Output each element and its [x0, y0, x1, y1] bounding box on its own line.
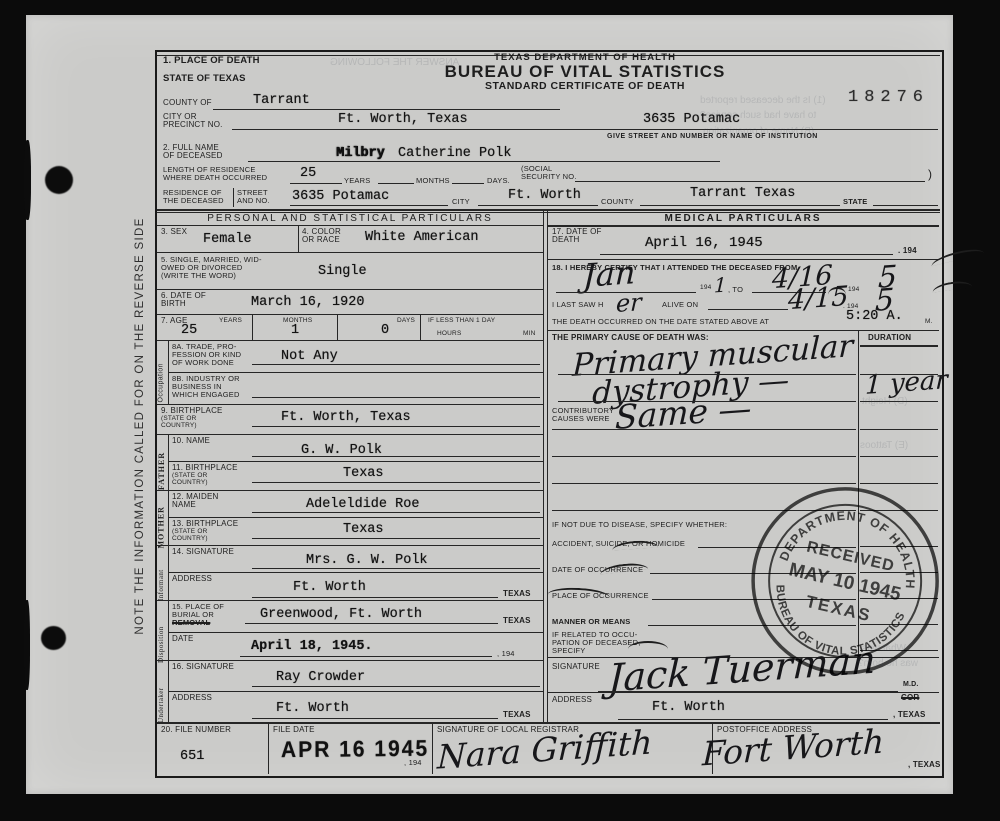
divider: [432, 722, 433, 774]
rule: [378, 183, 414, 184]
rule: [252, 718, 498, 719]
rule: [860, 483, 938, 484]
rule: [157, 490, 543, 491]
bleed-text: was he born?: [858, 658, 918, 669]
rule: [252, 538, 540, 539]
father-bp-label3: COUNTRY): [172, 480, 208, 487]
birthplace-value: Ft. Worth, Texas: [281, 411, 411, 425]
rule: [245, 623, 498, 624]
trade-value: Not Any: [281, 350, 338, 364]
rule: [252, 482, 540, 483]
maiden-label2: NAME: [172, 501, 196, 509]
rule: [558, 374, 856, 375]
divider: [420, 314, 421, 340]
mother-bp-label3: COUNTRY): [172, 536, 208, 543]
contributory-handwritten: Same —: [615, 391, 752, 434]
rule: [252, 364, 540, 365]
rule: [860, 429, 938, 430]
rule: [640, 205, 840, 206]
res-state-label: STATE: [843, 198, 867, 206]
rule: [252, 456, 540, 457]
rule: [860, 345, 938, 347]
length-residence-label2: WHERE DEATH OCCURRED: [163, 174, 267, 182]
rule: [252, 426, 540, 427]
physician-addr-label: ADDRESS: [552, 696, 592, 704]
duration-label: DURATION: [868, 334, 911, 342]
divider: [233, 188, 234, 207]
rule: [168, 461, 543, 462]
res-street-value: 3635 Potamac: [292, 190, 389, 204]
divider: [252, 314, 253, 340]
bleed-text: (D) Height: [862, 396, 908, 407]
place-of-death-label: 1. PLACE OF DEATH: [163, 56, 260, 66]
attended-to-year: 194: [848, 287, 859, 294]
age-min-label: MIN: [523, 331, 536, 338]
years-label: YEARS: [344, 177, 370, 185]
not-disease-label: IF NOT DUE TO DISEASE, SPECIFY WHETHER:: [552, 521, 727, 529]
rule: [157, 252, 543, 253]
informant-addr-value: Ft. Worth: [293, 581, 366, 595]
undertaker-side-label: Undertaker: [157, 661, 165, 723]
date-of-death-suffix: . 194: [898, 247, 917, 255]
file-date-label: FILE DATE: [273, 726, 315, 734]
rule: [708, 309, 788, 310]
color-value: White American: [365, 231, 478, 245]
rule: [290, 183, 342, 184]
birthplace-label3: COUNTRY): [161, 423, 197, 430]
rule: [157, 314, 543, 315]
burial-value: Greenwood, Ft. Worth: [260, 608, 422, 622]
burial-date-suffix: , 194: [497, 650, 515, 658]
personal-column-title: PERSONAL AND STATISTICAL PARTICULARS: [157, 214, 543, 225]
rule: [547, 330, 939, 331]
city-value: Ft. Worth, Texas: [338, 113, 468, 127]
physician-addr-value: Ft. Worth: [652, 701, 725, 715]
mother-side-label: MOTHER: [157, 489, 166, 549]
undertaker-sig-value: Ray Crowder: [276, 671, 365, 685]
death-time-value: 5:20 A.: [846, 310, 903, 324]
industry-label3: WHICH ENGAGED: [172, 391, 240, 399]
rule: [873, 205, 938, 206]
po-address-state: , TEXAS: [908, 761, 941, 769]
rule: [248, 161, 720, 162]
informant-addr-state: TEXAS: [503, 590, 531, 598]
physician-addr-state: , TEXAS: [893, 711, 926, 719]
rule: [157, 722, 940, 724]
informant-sig-label: 14. SIGNATURE: [172, 548, 234, 556]
age-less-label: IF LESS THAN 1 DAY: [428, 318, 495, 325]
rule: [252, 397, 540, 398]
rule: [157, 600, 543, 601]
fullname-label2: OF DECEASED: [163, 152, 223, 160]
date-of-death-label2: DEATH: [552, 236, 580, 244]
death-time-m: M.: [925, 319, 933, 326]
to-label: , TO: [728, 286, 743, 294]
dob-value: March 16, 1920: [251, 296, 364, 310]
rule: [157, 404, 543, 405]
age-months-value: 1: [291, 324, 299, 338]
attended-from-year-handwritten: 1: [714, 275, 727, 296]
divider: [268, 722, 269, 774]
res-city-value: Ft. Worth: [508, 189, 581, 203]
age-days-label: DAYS: [397, 318, 415, 325]
sex-value: Female: [203, 233, 252, 247]
father-side-label: FATHER: [157, 435, 166, 490]
rule: [157, 545, 543, 546]
informant-side-label: Informant: [157, 545, 165, 601]
divider: [298, 226, 299, 252]
street-no-label2: AND NO.: [237, 197, 270, 205]
rule: [157, 209, 940, 211]
father-bp-value: Texas: [343, 467, 384, 481]
last-saw-date-handwritten: 4/15: [788, 283, 849, 314]
contributory-label2: CAUSES WERE: [552, 415, 610, 423]
physician-sig-label: SIGNATURE: [552, 663, 600, 671]
rule: [252, 512, 540, 513]
res-county-value: Tarrant Texas: [690, 187, 795, 201]
related-label3: SPECIFY: [552, 647, 586, 655]
precinct-no-label: PRECINCT NO.: [163, 121, 223, 129]
side-strip: [168, 434, 169, 722]
days-label: DAYS.: [487, 177, 510, 185]
scanned-death-certificate: NOTE THE INFORMATION CALLED FOR ON THE R…: [0, 0, 1000, 821]
rule: [168, 372, 543, 373]
rule: [157, 225, 543, 226]
rule: [168, 517, 543, 518]
undertaker-addr-value: Ft. Worth: [276, 702, 349, 716]
rule: [452, 183, 484, 184]
certificate-number: 18276: [848, 88, 929, 107]
undertaker-addr-state: TEXAS: [503, 711, 531, 719]
ssn-label2: SECURITY NO.: [521, 173, 577, 181]
attended-from-year: 194: [700, 285, 711, 292]
informant-sig-value: Mrs. G. W. Polk: [306, 554, 428, 568]
manner-means-label: MANNER OR MEANS: [552, 618, 630, 626]
rule: [168, 572, 543, 573]
rule: [157, 660, 543, 661]
color-label2: OR RACE: [302, 236, 340, 244]
trade-label3: OF WORK DONE: [172, 359, 234, 367]
burial-date-label: DATE: [172, 635, 194, 643]
marital-value: Single: [318, 265, 367, 279]
last-saw-pre: I LAST SAW H: [552, 301, 604, 309]
bleed-text: What was: [862, 643, 906, 654]
rule: [232, 129, 938, 130]
file-date-suffix: , 194: [404, 759, 422, 767]
occupation-side-label: Occupation: [158, 343, 165, 403]
attended-from-handwritten: Jan: [583, 256, 637, 292]
rule: [252, 686, 540, 687]
residence-of-label2: THE DECEASED: [163, 197, 224, 205]
file-number-label: 20. FILE NUMBER: [161, 726, 231, 734]
bleed-text: (E) Tattoos: [860, 440, 908, 451]
fullname-rest: Catherine Polk: [398, 147, 511, 161]
rule: [547, 225, 939, 227]
medical-column-title: MEDICAL PARTICULARS: [547, 214, 939, 225]
dob-label2: BIRTH: [161, 300, 186, 308]
residence-years-value: 25: [300, 167, 316, 181]
fullname-first: Milbry: [336, 147, 385, 161]
burial-state: TEXAS: [503, 617, 531, 625]
rule: [860, 456, 938, 457]
age-years-value: 25: [181, 324, 197, 338]
rule: [252, 597, 498, 598]
rule: [213, 109, 560, 110]
last-saw-her-handwritten: er: [616, 290, 642, 316]
sex-label: 3. SEX: [161, 228, 187, 236]
bleed-text: (1) Is the deceased reported: [700, 95, 826, 106]
age-hours-label: HOURS: [437, 331, 461, 338]
rule: [552, 429, 856, 430]
rule: [547, 692, 939, 693]
disposition-side-label: Disposition: [157, 601, 165, 663]
date-of-death-value: April 16, 1945: [645, 236, 763, 250]
edge-tear: [24, 600, 30, 690]
county-of-label: COUNTY OF: [163, 99, 212, 107]
county-value: Tarrant: [253, 94, 310, 108]
rule: [575, 181, 925, 182]
marital-label3: (WRITE THE WORD): [161, 272, 236, 280]
last-saw-post: ALIVE ON: [662, 301, 698, 309]
rule: [168, 632, 543, 633]
rule: [600, 254, 893, 255]
duration-handwritten: 1 year: [865, 367, 949, 399]
standard-certificate-title: STANDARD CERTIFICATE OF DEATH: [420, 81, 750, 92]
hole-punch-top: [45, 166, 73, 194]
rule: [290, 205, 448, 206]
bleed-text: (B) Name of organization: [703, 126, 814, 137]
burial-date-value: April 18, 1945.: [251, 640, 373, 654]
rule: [157, 434, 543, 435]
res-city-label: CITY: [452, 198, 470, 206]
edge-tear: [24, 140, 31, 220]
death-time-line: THE DEATH OCCURRED ON THE DATE STATED AB…: [552, 318, 769, 326]
undertaker-addr-label: ADDRESS: [172, 694, 212, 702]
informant-addr-label: ADDRESS: [172, 575, 212, 583]
months-label: MONTHS: [416, 177, 450, 185]
state-of-texas-label: STATE OF TEXAS: [163, 74, 246, 84]
rule: [552, 456, 856, 457]
file-number-value: 651: [180, 750, 204, 764]
bleed-text: ANSWER THE FOLLOWING: [330, 57, 459, 68]
burial-label3-removal: REMOVAL: [172, 619, 210, 627]
rule: [860, 374, 938, 375]
mother-bp-value: Texas: [343, 523, 384, 537]
maiden-value: Adeleldide Roe: [306, 498, 419, 512]
ssn-paren: ): [928, 168, 932, 181]
father-name-label: 10. NAME: [172, 437, 210, 445]
rule: [157, 289, 543, 290]
undertaker-sig-label: 16. SIGNATURE: [172, 663, 234, 671]
column-divider: [543, 211, 548, 722]
divider: [337, 314, 338, 340]
rule: [558, 401, 856, 402]
age-days-value: 0: [381, 324, 389, 338]
rule: [478, 205, 598, 206]
age-years-label: YEARS: [219, 318, 242, 325]
rule: [252, 568, 540, 569]
rule: [618, 719, 888, 720]
rule: [168, 691, 543, 692]
bleed-text: to have had such service?: [700, 110, 816, 121]
reverse-side-note: NOTE THE INFORMATION CALLED FOR ON THE R…: [134, 146, 146, 706]
res-county-label: COUNTY: [601, 198, 634, 206]
hole-punch-bottom: [41, 626, 66, 650]
rule: [240, 656, 492, 657]
rule: [157, 340, 543, 341]
